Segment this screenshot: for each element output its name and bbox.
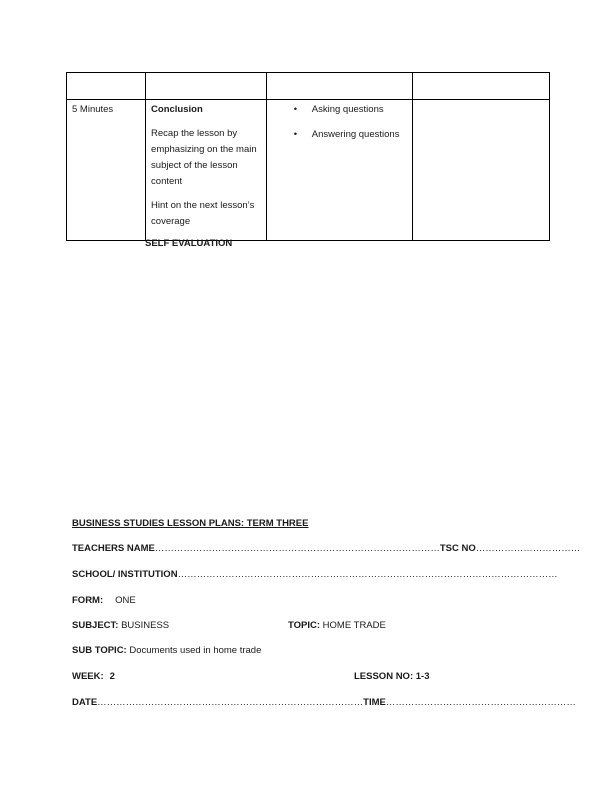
step-paragraph: Recap the lesson by emphasizing on the m… bbox=[151, 126, 261, 190]
lesson-steps-table: 5 Minutes Conclusion Recap the lesson by… bbox=[66, 72, 550, 241]
teachers-name-line: TEACHERS NAME………………………………………………………………………… bbox=[72, 543, 580, 554]
subtopic-line: SUB TOPIC: Documents used in home trade bbox=[72, 645, 261, 656]
week-line: WEEK:2 bbox=[72, 671, 115, 682]
lesson-number: LESSON NO: 1-3 bbox=[354, 671, 430, 682]
topic-line: TOPIC: HOME TRADE bbox=[288, 620, 386, 631]
self-evaluation-heading: SELF EVALUATION bbox=[145, 238, 232, 249]
table-row-empty bbox=[67, 73, 550, 100]
time-cell: 5 Minutes bbox=[67, 100, 146, 241]
bullet-icon: • bbox=[294, 127, 297, 143]
list-item: •Answering questions bbox=[272, 127, 407, 143]
list-item: •Asking questions bbox=[272, 102, 407, 118]
step-title: Conclusion bbox=[151, 102, 261, 118]
bullet-icon: • bbox=[294, 102, 297, 118]
table-cell bbox=[146, 73, 267, 100]
table-row: 5 Minutes Conclusion Recap the lesson by… bbox=[67, 100, 550, 241]
school-line: SCHOOL/ INSTITUTION………………………………………………………… bbox=[72, 569, 558, 580]
activities-cell: •Asking questions •Answering questions bbox=[266, 100, 412, 241]
date-time-line: DATE…………………………………………………………………………TIME…………… bbox=[72, 697, 576, 708]
subject-line: SUBJECT: BUSINESS bbox=[72, 620, 169, 631]
resources-cell bbox=[412, 100, 549, 241]
table-cell bbox=[67, 73, 146, 100]
table-cell bbox=[412, 73, 549, 100]
form-line: FORM:ONE bbox=[72, 595, 136, 606]
plan-title: BUSINESS STUDIES LESSON PLANS: TERM THRE… bbox=[72, 518, 308, 529]
step-cell: Conclusion Recap the lesson by emphasizi… bbox=[146, 100, 267, 241]
table-cell bbox=[266, 73, 412, 100]
step-paragraph: Hint on the next lesson’s coverage bbox=[151, 198, 261, 230]
